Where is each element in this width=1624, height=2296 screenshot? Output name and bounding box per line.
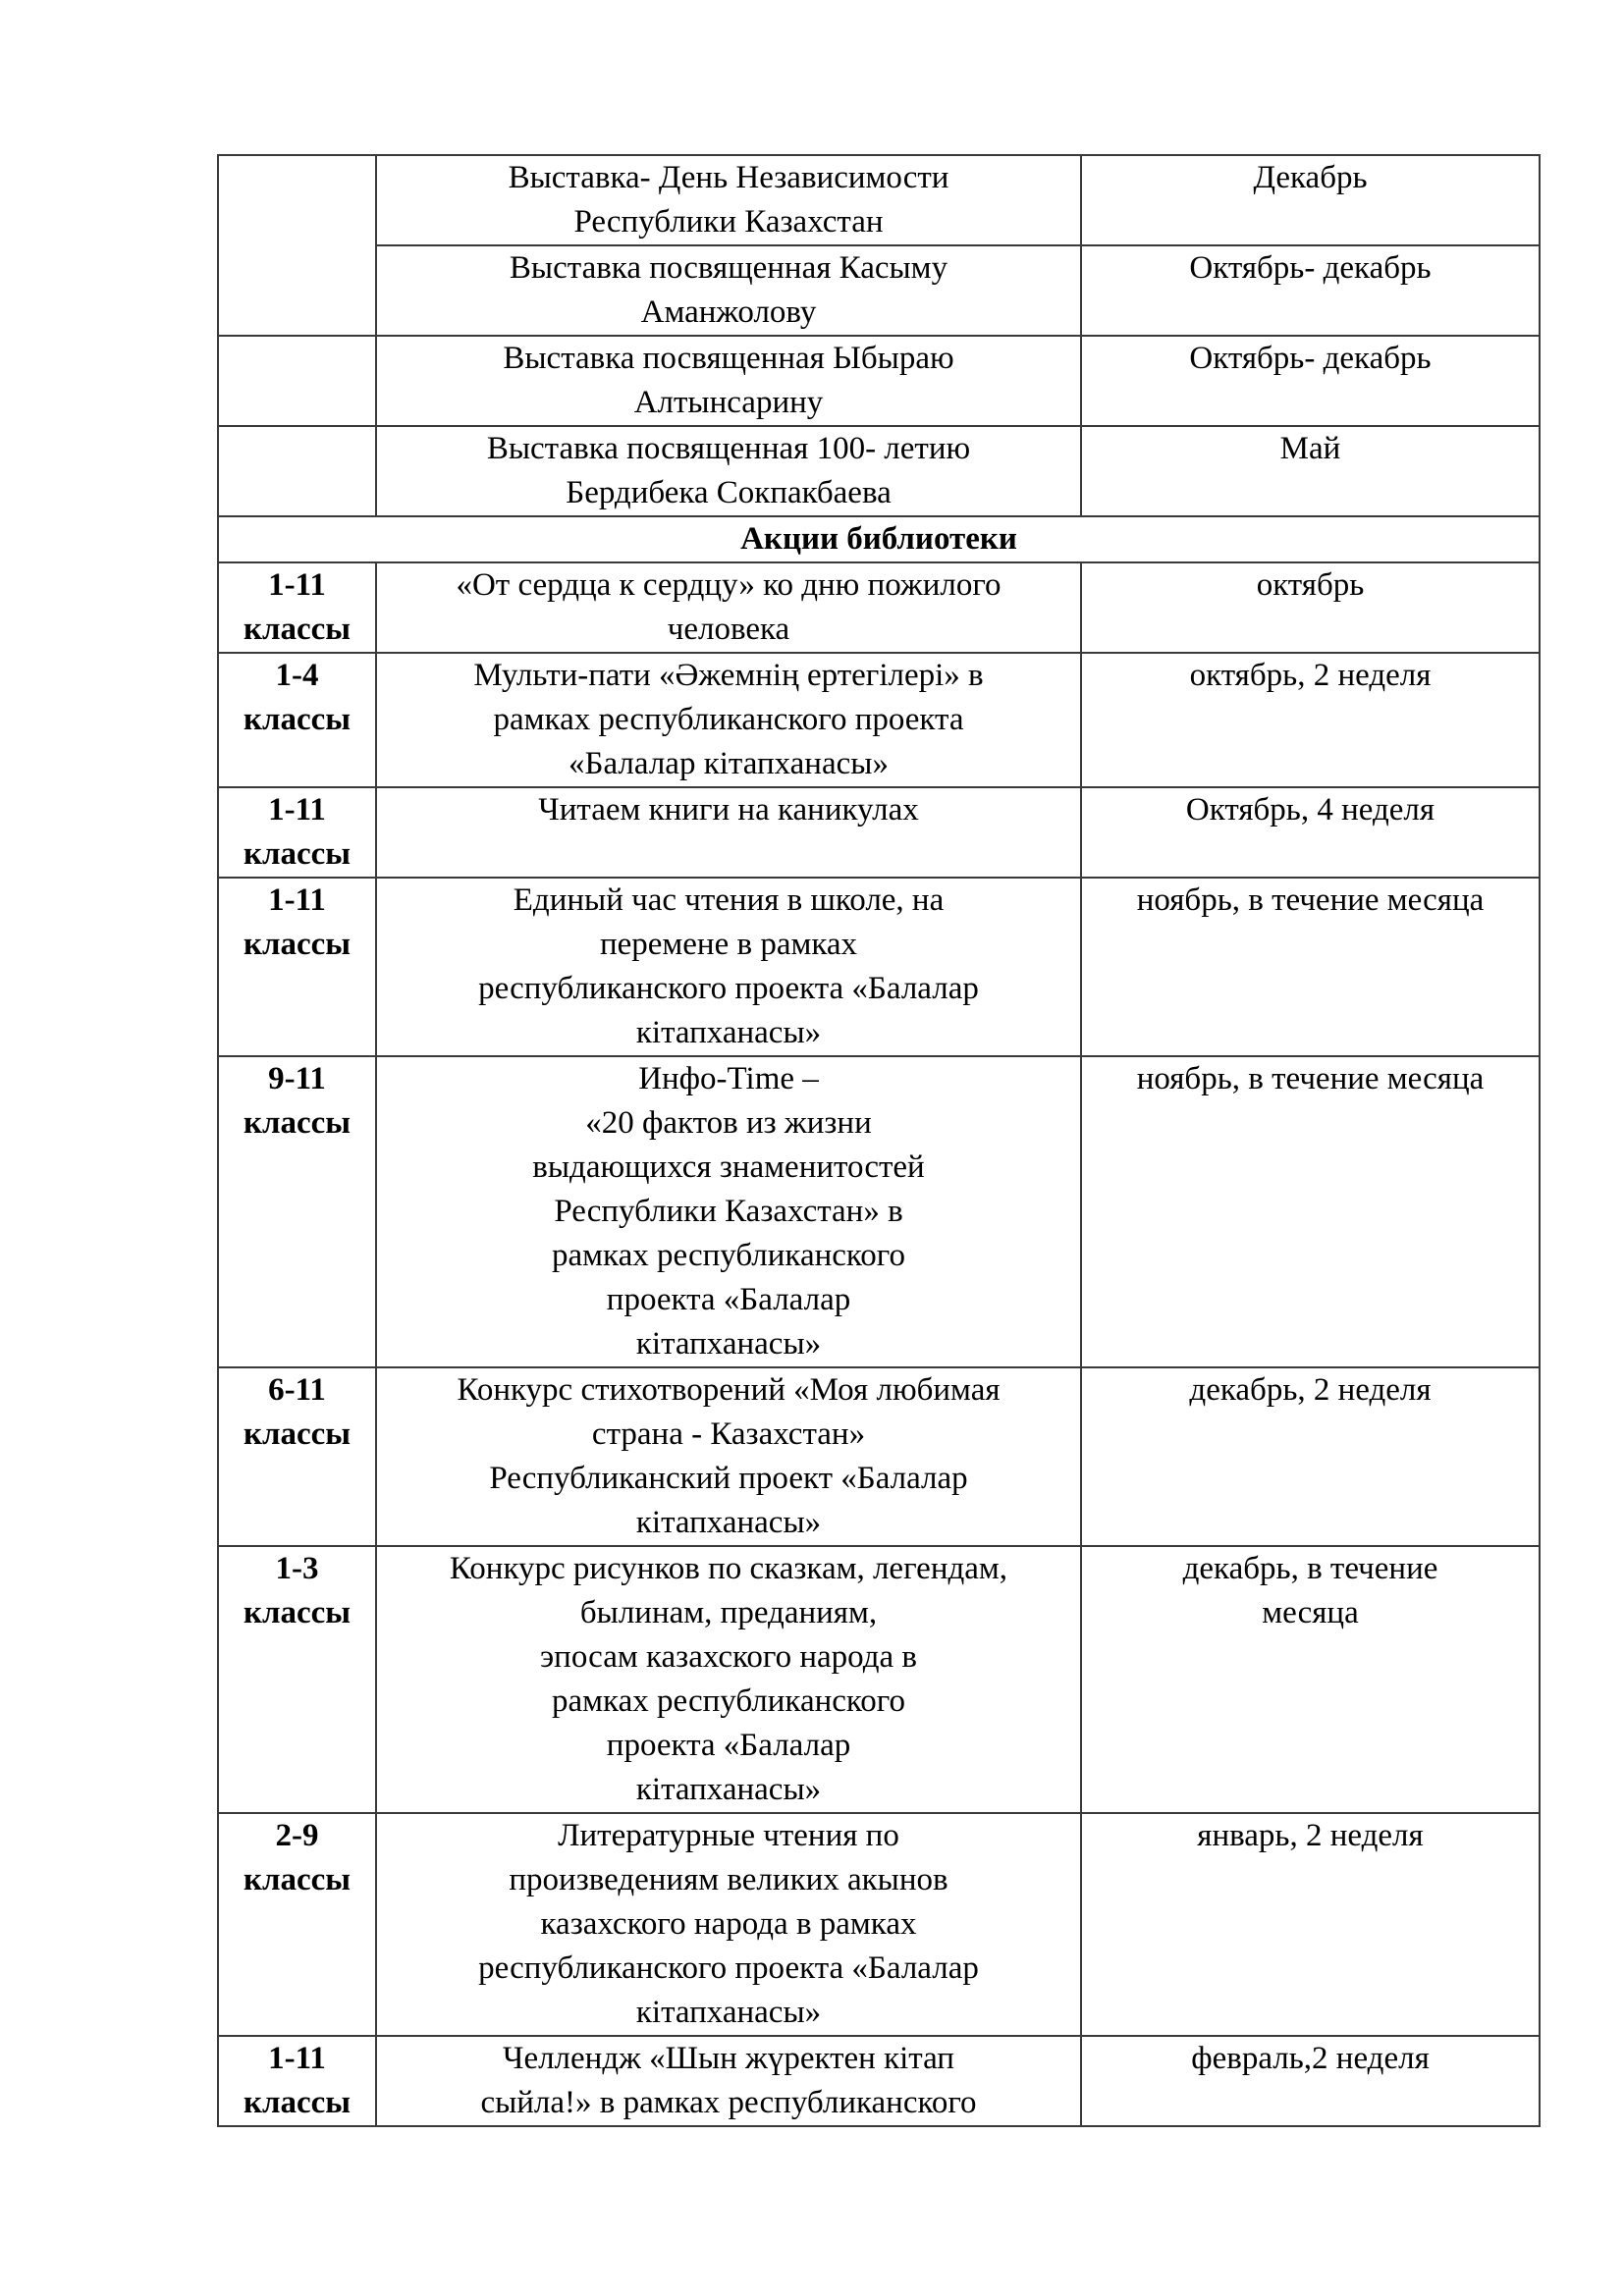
table-row: 1-3классыКонкурс рисунков по сказкам, ле… [218, 1546, 1540, 1813]
event-cell-line: былинам, преданиям, [381, 1591, 1076, 1635]
date-cell-line: Октябрь- декабрь [1086, 337, 1535, 381]
event-cell-line: «Балалар кітапханасы» [381, 742, 1076, 786]
event-cell-line: казахского народа в рамках [381, 1902, 1076, 1947]
event-cell-line: Мульти-пати «Әжемнің ертегілері» в [381, 654, 1076, 698]
event-cell-line: Выставка посвященная Ыбыраю [381, 337, 1076, 381]
date-cell-line: октябрь, 2 неделя [1086, 654, 1535, 698]
grade-cell-line: 2-9 [223, 1814, 371, 1858]
date-cell: декабрь, 2 неделя [1081, 1367, 1540, 1546]
date-cell-line: Октябрь, 4 неделя [1086, 788, 1535, 832]
date-cell: январь, 2 неделя [1081, 1813, 1540, 2036]
event-cell-line: эпосам казахского народа в [381, 1635, 1076, 1680]
event-cell: Конкурс стихотворений «Моя любимаястрана… [376, 1367, 1081, 1546]
grade-cell-line: 1-3 [223, 1547, 371, 1591]
table-row: 1-11классыЧеллендж «Шын жүректен кітапсы… [218, 2036, 1540, 2126]
event-cell-line: Республики Казахстан [381, 200, 1076, 244]
event-cell: Инфо-Time –«20 фактов из жизнивыдающихся… [376, 1056, 1081, 1367]
event-cell-line: Алтынсарину [381, 381, 1076, 425]
date-cell: Октябрь- декабрь [1081, 245, 1540, 336]
event-cell-line: выдающихся знаменитостей [381, 1146, 1076, 1190]
date-cell: ноябрь, в течение месяца [1081, 1056, 1540, 1367]
event-cell-line: Республиканский проект «Балалар [381, 1457, 1076, 1501]
grade-cell-line: классы [223, 832, 371, 877]
event-cell-line: республиканского проекта «Балалар [381, 967, 1076, 1011]
date-cell: октябрь, 2 неделя [1081, 653, 1540, 787]
grade-cell-line: классы [223, 923, 371, 967]
event-cell-line: кітапханасы» [381, 1991, 1076, 2035]
grade-cell-line: классы [223, 1101, 371, 1146]
event-cell-line: страна - Казахстан» [381, 1413, 1076, 1457]
date-cell: декабрь, в течениемесяца [1081, 1546, 1540, 1813]
date-cell: ноябрь, в течение месяца [1081, 878, 1540, 1056]
date-cell-line: Май [1086, 427, 1535, 471]
grade-cell-line: классы [223, 1413, 371, 1457]
event-cell-line: человека [381, 608, 1076, 652]
table-row: Выставка посвященная ЫбыраюАлтынсаринуОк… [218, 336, 1540, 426]
event-cell-line: кітапханасы» [381, 1768, 1076, 1812]
date-cell: октябрь [1081, 562, 1540, 653]
event-cell-line: Выставка посвященная Касыму [381, 246, 1076, 291]
event-cell-line: Единый час чтения в школе, на [381, 879, 1076, 923]
event-cell: Челлендж «Шын жүректен кітапсыйла!» в ра… [376, 2036, 1081, 2126]
grade-cell [218, 336, 376, 426]
event-cell-line: рамках республиканского проекта [381, 698, 1076, 742]
date-cell-line: Декабрь [1086, 156, 1535, 200]
event-cell: Единый час чтения в школе, наперемене в … [376, 878, 1081, 1056]
library-plan-table: Выставка- День НезависимостиРеспублики К… [217, 154, 1541, 2127]
event-cell-line: «20 фактов из жизни [381, 1101, 1076, 1146]
event-cell-line: Выставка- День Независимости [381, 156, 1076, 200]
grade-cell-line: классы [223, 2081, 371, 2125]
table-row: 1-11классы«От сердца к сердцу» ко дню по… [218, 562, 1540, 653]
date-cell-line: месяца [1086, 1591, 1535, 1635]
grade-cell-line: 6-11 [223, 1368, 371, 1413]
event-cell-line: проекта «Балалар [381, 1278, 1076, 1322]
grade-cell-line: 1-4 [223, 654, 371, 698]
grade-cell-line: классы [223, 1858, 371, 1902]
event-cell-line: республиканского проекта «Балалар [381, 1947, 1076, 1991]
event-cell-line: рамках республиканского [381, 1234, 1076, 1278]
event-cell-line: Аманжолову [381, 291, 1076, 335]
event-cell-line: Выставка посвященная 100- летию [381, 427, 1076, 471]
grade-cell: 2-9классы [218, 1813, 376, 2036]
document-page: Выставка- День НезависимостиРеспублики К… [0, 0, 1624, 2296]
table-row: 1-4классыМульти-пати «Әжемнің ертегілері… [218, 653, 1540, 787]
date-cell-line: октябрь [1086, 563, 1535, 608]
event-cell: Выставка посвященная ЫбыраюАлтынсарину [376, 336, 1081, 426]
grade-cell [218, 426, 376, 516]
event-cell-line: кітапханасы» [381, 1011, 1076, 1055]
section-header-row: Акции библиотеки [218, 516, 1540, 562]
table-row: 6-11классыКонкурс стихотворений «Моя люб… [218, 1367, 1540, 1546]
event-cell: Литературные чтения попроизведениям вели… [376, 1813, 1081, 2036]
event-cell-line: Конкурс стихотворений «Моя любимая [381, 1368, 1076, 1413]
date-cell: Октябрь- декабрь [1081, 336, 1540, 426]
table-row: 9-11классыИнфо-Time –«20 фактов из жизни… [218, 1056, 1540, 1367]
date-cell-line: декабрь, в течение [1086, 1547, 1535, 1591]
event-cell-line: проекта «Балалар [381, 1724, 1076, 1768]
grade-cell-line: классы [223, 1591, 371, 1635]
table-body: Выставка- День НезависимостиРеспублики К… [218, 155, 1540, 2126]
table-row: Выставка посвященная КасымуАманжоловуОкт… [218, 245, 1540, 336]
grade-cell-line: 9-11 [223, 1057, 371, 1101]
date-cell-line: февраль,2 неделя [1086, 2037, 1535, 2081]
table-row: 1-11классыЕдиный час чтения в школе, нап… [218, 878, 1540, 1056]
date-cell-line: ноябрь, в течение месяца [1086, 879, 1535, 923]
event-cell: Выставка посвященная КасымуАманжолову [376, 245, 1081, 336]
grade-cell-line: 1-11 [223, 788, 371, 832]
event-cell-line: Читаем книги на каникулах [381, 788, 1076, 832]
grade-cell-line: 1-11 [223, 563, 371, 608]
grade-cell: 9-11классы [218, 1056, 376, 1367]
event-cell-line: Инфо-Time – [381, 1057, 1076, 1101]
date-cell: Декабрь [1081, 155, 1540, 245]
date-cell-line: Октябрь- декабрь [1086, 246, 1535, 291]
grade-cell: 1-11классы [218, 562, 376, 653]
event-cell-line: кітапханасы» [381, 1501, 1076, 1545]
event-cell: Выставка посвященная 100- летиюБердибека… [376, 426, 1081, 516]
date-cell-line: январь, 2 неделя [1086, 1814, 1535, 1858]
event-cell: «От сердца к сердцу» ко дню пожилогочело… [376, 562, 1081, 653]
date-cell: февраль,2 неделя [1081, 2036, 1540, 2126]
table-row: 1-11классыЧитаем книги на каникулахОктяб… [218, 787, 1540, 878]
date-cell-line: ноябрь, в течение месяца [1086, 1057, 1535, 1101]
date-cell: Май [1081, 426, 1540, 516]
grade-cell: 1-11классы [218, 787, 376, 878]
event-cell-line: Бердибека Сокпакбаева [381, 471, 1076, 515]
grade-cell: 1-4классы [218, 653, 376, 787]
grade-cell-line: классы [223, 608, 371, 652]
grade-cell: 1-11классы [218, 2036, 376, 2126]
event-cell: Мульти-пати «Әжемнің ертегілері» врамках… [376, 653, 1081, 787]
event-cell-line: перемене в рамках [381, 923, 1076, 967]
event-cell: Конкурс рисунков по сказкам, легендам,бы… [376, 1546, 1081, 1813]
event-cell-line: Республики Казахстан» в [381, 1190, 1076, 1234]
grade-cell-line: классы [223, 698, 371, 742]
grade-cell-line: 1-11 [223, 2037, 371, 2081]
date-cell-line: декабрь, 2 неделя [1086, 1368, 1535, 1413]
grade-cell: 6-11классы [218, 1367, 376, 1546]
table-row: Выставка- День НезависимостиРеспублики К… [218, 155, 1540, 245]
event-cell-line: произведениям великих акынов [381, 1858, 1076, 1902]
date-cell: Октябрь, 4 неделя [1081, 787, 1540, 878]
event-cell-line: Челлендж «Шын жүректен кітап [381, 2037, 1076, 2081]
grade-cell [218, 155, 376, 336]
event-cell-line: сыйла!» в рамках республиканского [381, 2081, 1076, 2125]
event-cell-line: кітапханасы» [381, 1322, 1076, 1366]
event-cell-line: Конкурс рисунков по сказкам, легендам, [381, 1547, 1076, 1591]
event-cell: Читаем книги на каникулах [376, 787, 1081, 878]
table-row: 2-9классыЛитературные чтения попроизведе… [218, 1813, 1540, 2036]
table-row: Выставка посвященная 100- летиюБердибека… [218, 426, 1540, 516]
event-cell: Выставка- День НезависимостиРеспублики К… [376, 155, 1081, 245]
grade-cell-line: 1-11 [223, 879, 371, 923]
event-cell-line: Литературные чтения по [381, 1814, 1076, 1858]
grade-cell: 1-3классы [218, 1546, 376, 1813]
event-cell-line: рамках республиканского [381, 1680, 1076, 1724]
event-cell-line: «От сердца к сердцу» ко дню пожилого [381, 563, 1076, 608]
grade-cell: 1-11классы [218, 878, 376, 1056]
section-title: Акции библиотеки [218, 516, 1540, 562]
